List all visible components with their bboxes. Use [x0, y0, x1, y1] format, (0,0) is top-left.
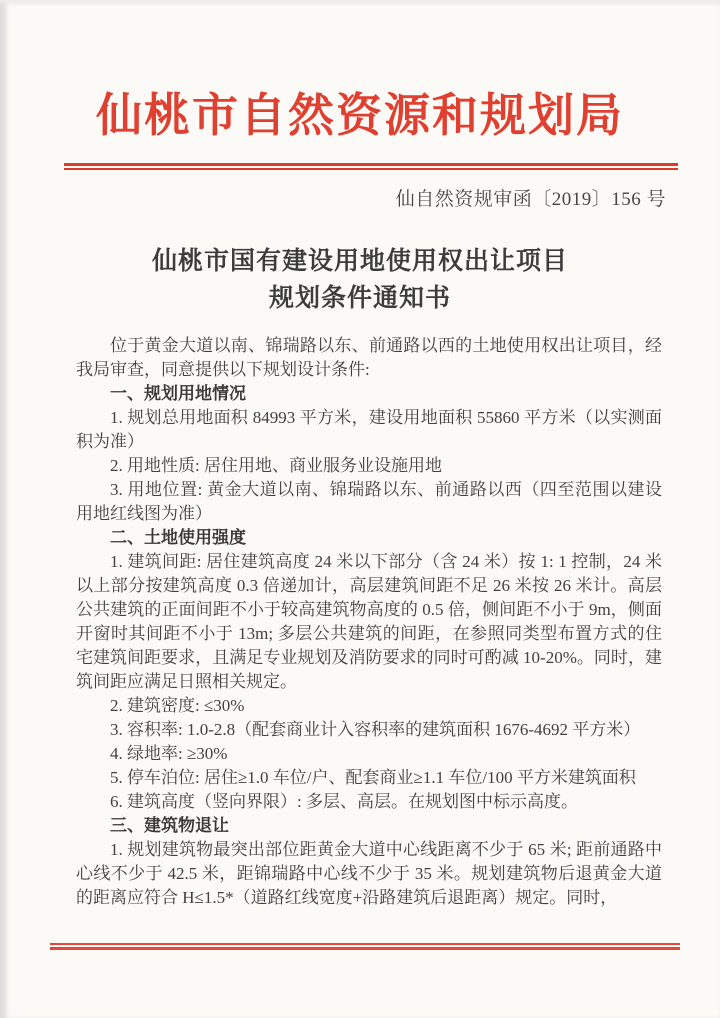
doc-title-line2: 规划条件通知书 [60, 280, 660, 317]
scan-edge-left [0, 0, 8, 1018]
section-heading-3: 三、建筑物退让 [76, 814, 662, 838]
clause-parking: 5. 停车泊位: 居住≥1.0 车位/户、配套商业≥1.1 车位/100 平方米… [76, 766, 662, 790]
intro-paragraph: 位于黄金大道以南、锦瑞路以东、前通路以西的土地使用权出让项目，经我局审查，同意提… [76, 334, 662, 382]
scanned-document-page: 仙桃市自然资源和规划局 仙自然资规审函〔2019〕156 号 仙桃市国有建设用地… [0, 0, 720, 1018]
clause-building-density: 2. 建筑密度: ≤30% [76, 694, 662, 718]
doc-body: 位于黄金大道以南、锦瑞路以东、前通路以西的土地使用权出让项目，经我局审查，同意提… [76, 334, 662, 910]
doc-title-line1: 仙桃市国有建设用地使用权出让项目 [60, 243, 660, 280]
header-red-rule [64, 163, 678, 170]
clause-building-setback: 1. 规划建筑物最突出部位距黄金大道中心线距离不少于 65 米; 距前通路中心线… [76, 838, 662, 910]
clause-building-spacing: 1. 建筑间距: 居住建筑高度 24 米以下部分（含 24 米）按 1: 1 控… [76, 550, 662, 694]
clause-building-height: 6. 建筑高度（竖向界限）: 多层、高层。在规划图中标示高度。 [76, 790, 662, 814]
section-heading-2: 二、土地使用强度 [76, 526, 662, 550]
doc-number: 仙自然资规审函〔2019〕156 号 [396, 184, 666, 211]
clause-land-location: 3. 用地位置: 黄金大道以南、锦瑞路以东、前通路以西（四至范围以建设用地红线图… [76, 478, 662, 526]
clause-plot-ratio: 3. 容积率: 1.0-2.8（配套商业计入容积率的建筑面积 1676-4692… [76, 718, 662, 742]
scan-edge-top [0, 0, 720, 6]
agency-name: 仙桃市自然资源和规划局 [40, 86, 680, 146]
clause-land-area: 1. 规划总用地面积 84993 平方米，建设用地面积 55860 平方米（以实… [76, 406, 662, 454]
clause-land-use-nature: 2. 用地性质: 居住用地、商业服务业设施用地 [76, 454, 662, 478]
section-heading-1: 一、规划用地情况 [76, 382, 662, 406]
footer-red-rule [50, 943, 680, 950]
clause-green-ratio: 4. 绿地率: ≥30% [76, 742, 662, 766]
doc-title: 仙桃市国有建设用地使用权出让项目 规划条件通知书 [60, 243, 660, 317]
